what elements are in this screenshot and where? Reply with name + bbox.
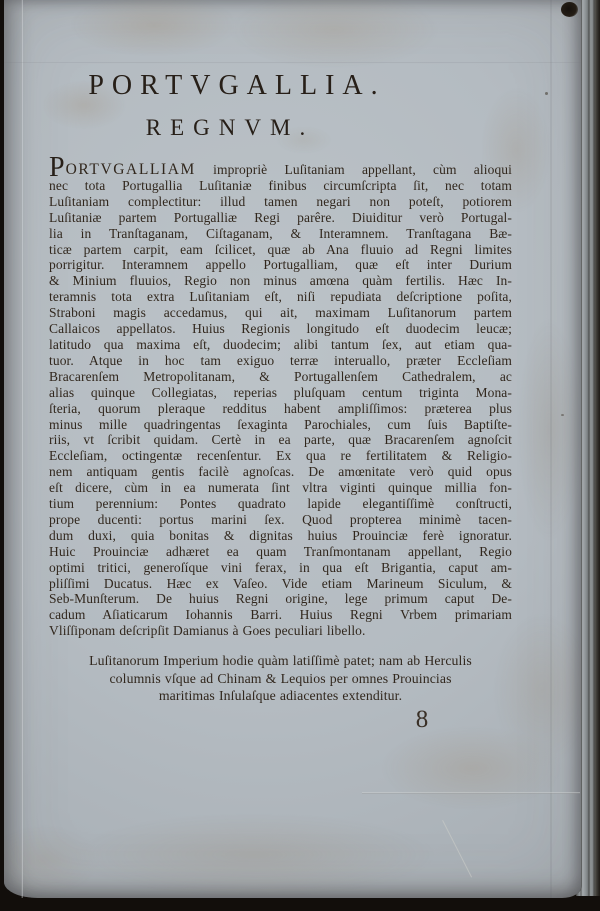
text-line: minus mille quadringentas ſexaginta Paro… (49, 417, 512, 433)
paper-crease-right (550, 0, 552, 898)
page-subtitle: REGNVM. (0, 115, 460, 141)
text-line: pliſſimi Ducatus. Hæc ex Vaſeo. Vide eti… (49, 576, 512, 592)
text-line: dum duxi, quia bonitas & dignitas huius … (49, 528, 512, 544)
text-line: lia in Tranſtaganam, Ciſtaganam, & Inter… (49, 226, 512, 242)
text-line: ticæ partem carpit, eam ſcilicet, quæ ab… (49, 242, 512, 258)
text-line: Eccleſiam, octingentæ recenſentur. Ex qu… (49, 448, 512, 464)
text-line: tium perennium: Pontes quadrato lapide e… (49, 496, 512, 512)
text-line: tuor. Atque in hoc tam exiguo terræ inte… (49, 353, 512, 369)
text-line: Straboni magis accedamus, qui ait, maxim… (49, 305, 512, 321)
text-line: alias quinque Collegiatas, reperias pluſ… (49, 385, 512, 401)
text-line: Bracarenſem Metropolitanam, & Portugalle… (49, 369, 512, 385)
page-title: PORTVGALLIA. (6, 70, 468, 102)
wormhole-spot (561, 2, 578, 17)
ink-speck (561, 414, 564, 416)
page-number: 8 (402, 706, 442, 734)
text-line: & Minium fluuios, Regio non minus amœna … (49, 273, 512, 289)
text-line: columnis vſque ad Chinam & Lequios per o… (49, 670, 512, 688)
text-line: Callaicos appellatos. Huius Regionis lon… (49, 321, 512, 337)
body-paragraph: nec tota Portugallia Luſitaniæ finibus c… (49, 178, 512, 639)
drop-initial: P (49, 152, 66, 183)
text-line: Huic Prouinciæ adhæret ea quam Tranſmont… (49, 544, 512, 560)
text-line: eſt dicere, cùm in ea numerata ſint vltr… (49, 480, 512, 496)
text-line: latitudo qua maxima eſt, duodecim; alibi… (49, 337, 512, 353)
text-line: prope ducenti: portus marini ſex. Quod p… (49, 512, 512, 528)
first-line-text: impropriè Luſitaniam appellant, cùm alio… (196, 162, 512, 177)
first-word: ORTVGALLIAM (66, 161, 196, 178)
text-line: optimi tritici, generoſíque vini ferax, … (49, 560, 512, 576)
text-block: PORTVGALLIAM impropriè Luſitaniam appell… (49, 162, 512, 705)
text-line: ſteria, quorum pleraque redditus habent … (49, 401, 512, 417)
text-line: Vliſſiponam deſcripſit Damianus à Goes p… (49, 623, 512, 639)
text-line: cadum Aſiaticarum Iohannis Barri. Huius … (49, 607, 512, 623)
body-first-line: PORTVGALLIAM impropriè Luſitaniam appell… (49, 162, 512, 178)
text-line: nec tota Portugallia Luſitaniæ finibus c… (49, 178, 512, 194)
closing-paragraph: Luſitanorum Imperium hodie quàm latiſſim… (49, 652, 512, 705)
ink-speck (545, 92, 548, 95)
text-line: porrigitur. Interamnem appello Portugall… (49, 257, 512, 273)
text-line: Luſitaniæ partem Portugalliæ Regi parêre… (49, 210, 512, 226)
text-line: Luſitaniam complectitur: illud tamen neg… (49, 194, 512, 210)
book-photo: PORTVGALLIA. REGNVM. PORTVGALLIAM improp… (0, 0, 600, 911)
text-line: nem antiquam gentis facilè agnoſcas. De … (49, 464, 512, 480)
text-line: Luſitanorum Imperium hodie quàm latiſſim… (49, 652, 512, 670)
text-line: teramnis tota extra Luſitaniam eſt, niſi… (49, 289, 512, 305)
text-line: riis, vt ſcribit quidam. Certè in ea par… (49, 432, 512, 448)
paper-hairline (4, 62, 581, 63)
text-line: maritimas Inſulaſque adiacentes extendit… (49, 687, 512, 705)
underlying-page-edge (362, 792, 580, 794)
text-line: Seb-Munſterum. De huius Regni origine, l… (49, 591, 512, 607)
